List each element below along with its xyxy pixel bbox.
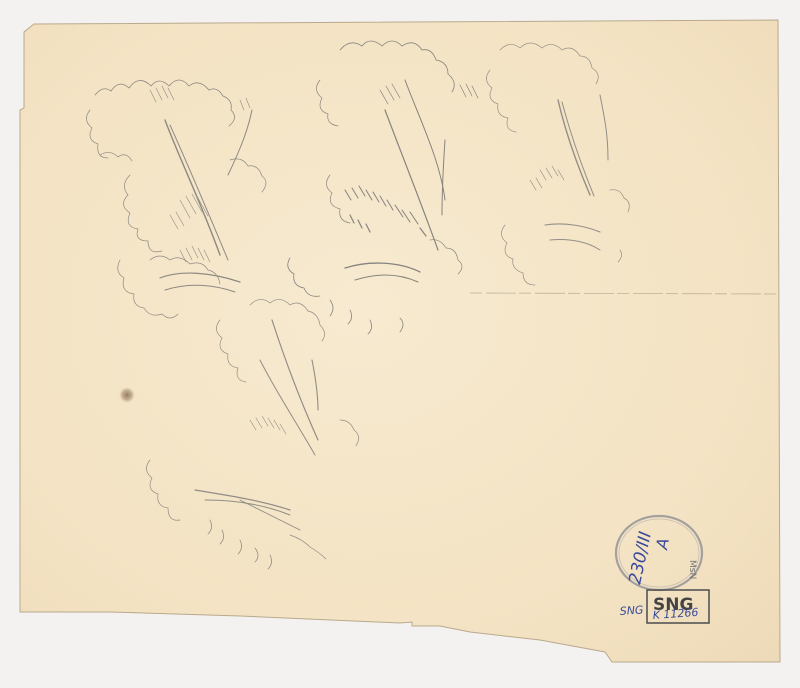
round-stamp-edge-text: MsN xyxy=(687,560,697,579)
inventory-prefix: SNG xyxy=(619,603,644,618)
scanned-drawing: MsN 230/III A SNG SNG K 11266 xyxy=(0,0,800,688)
paper-sheet xyxy=(20,20,780,662)
foxing-stain xyxy=(119,387,135,403)
